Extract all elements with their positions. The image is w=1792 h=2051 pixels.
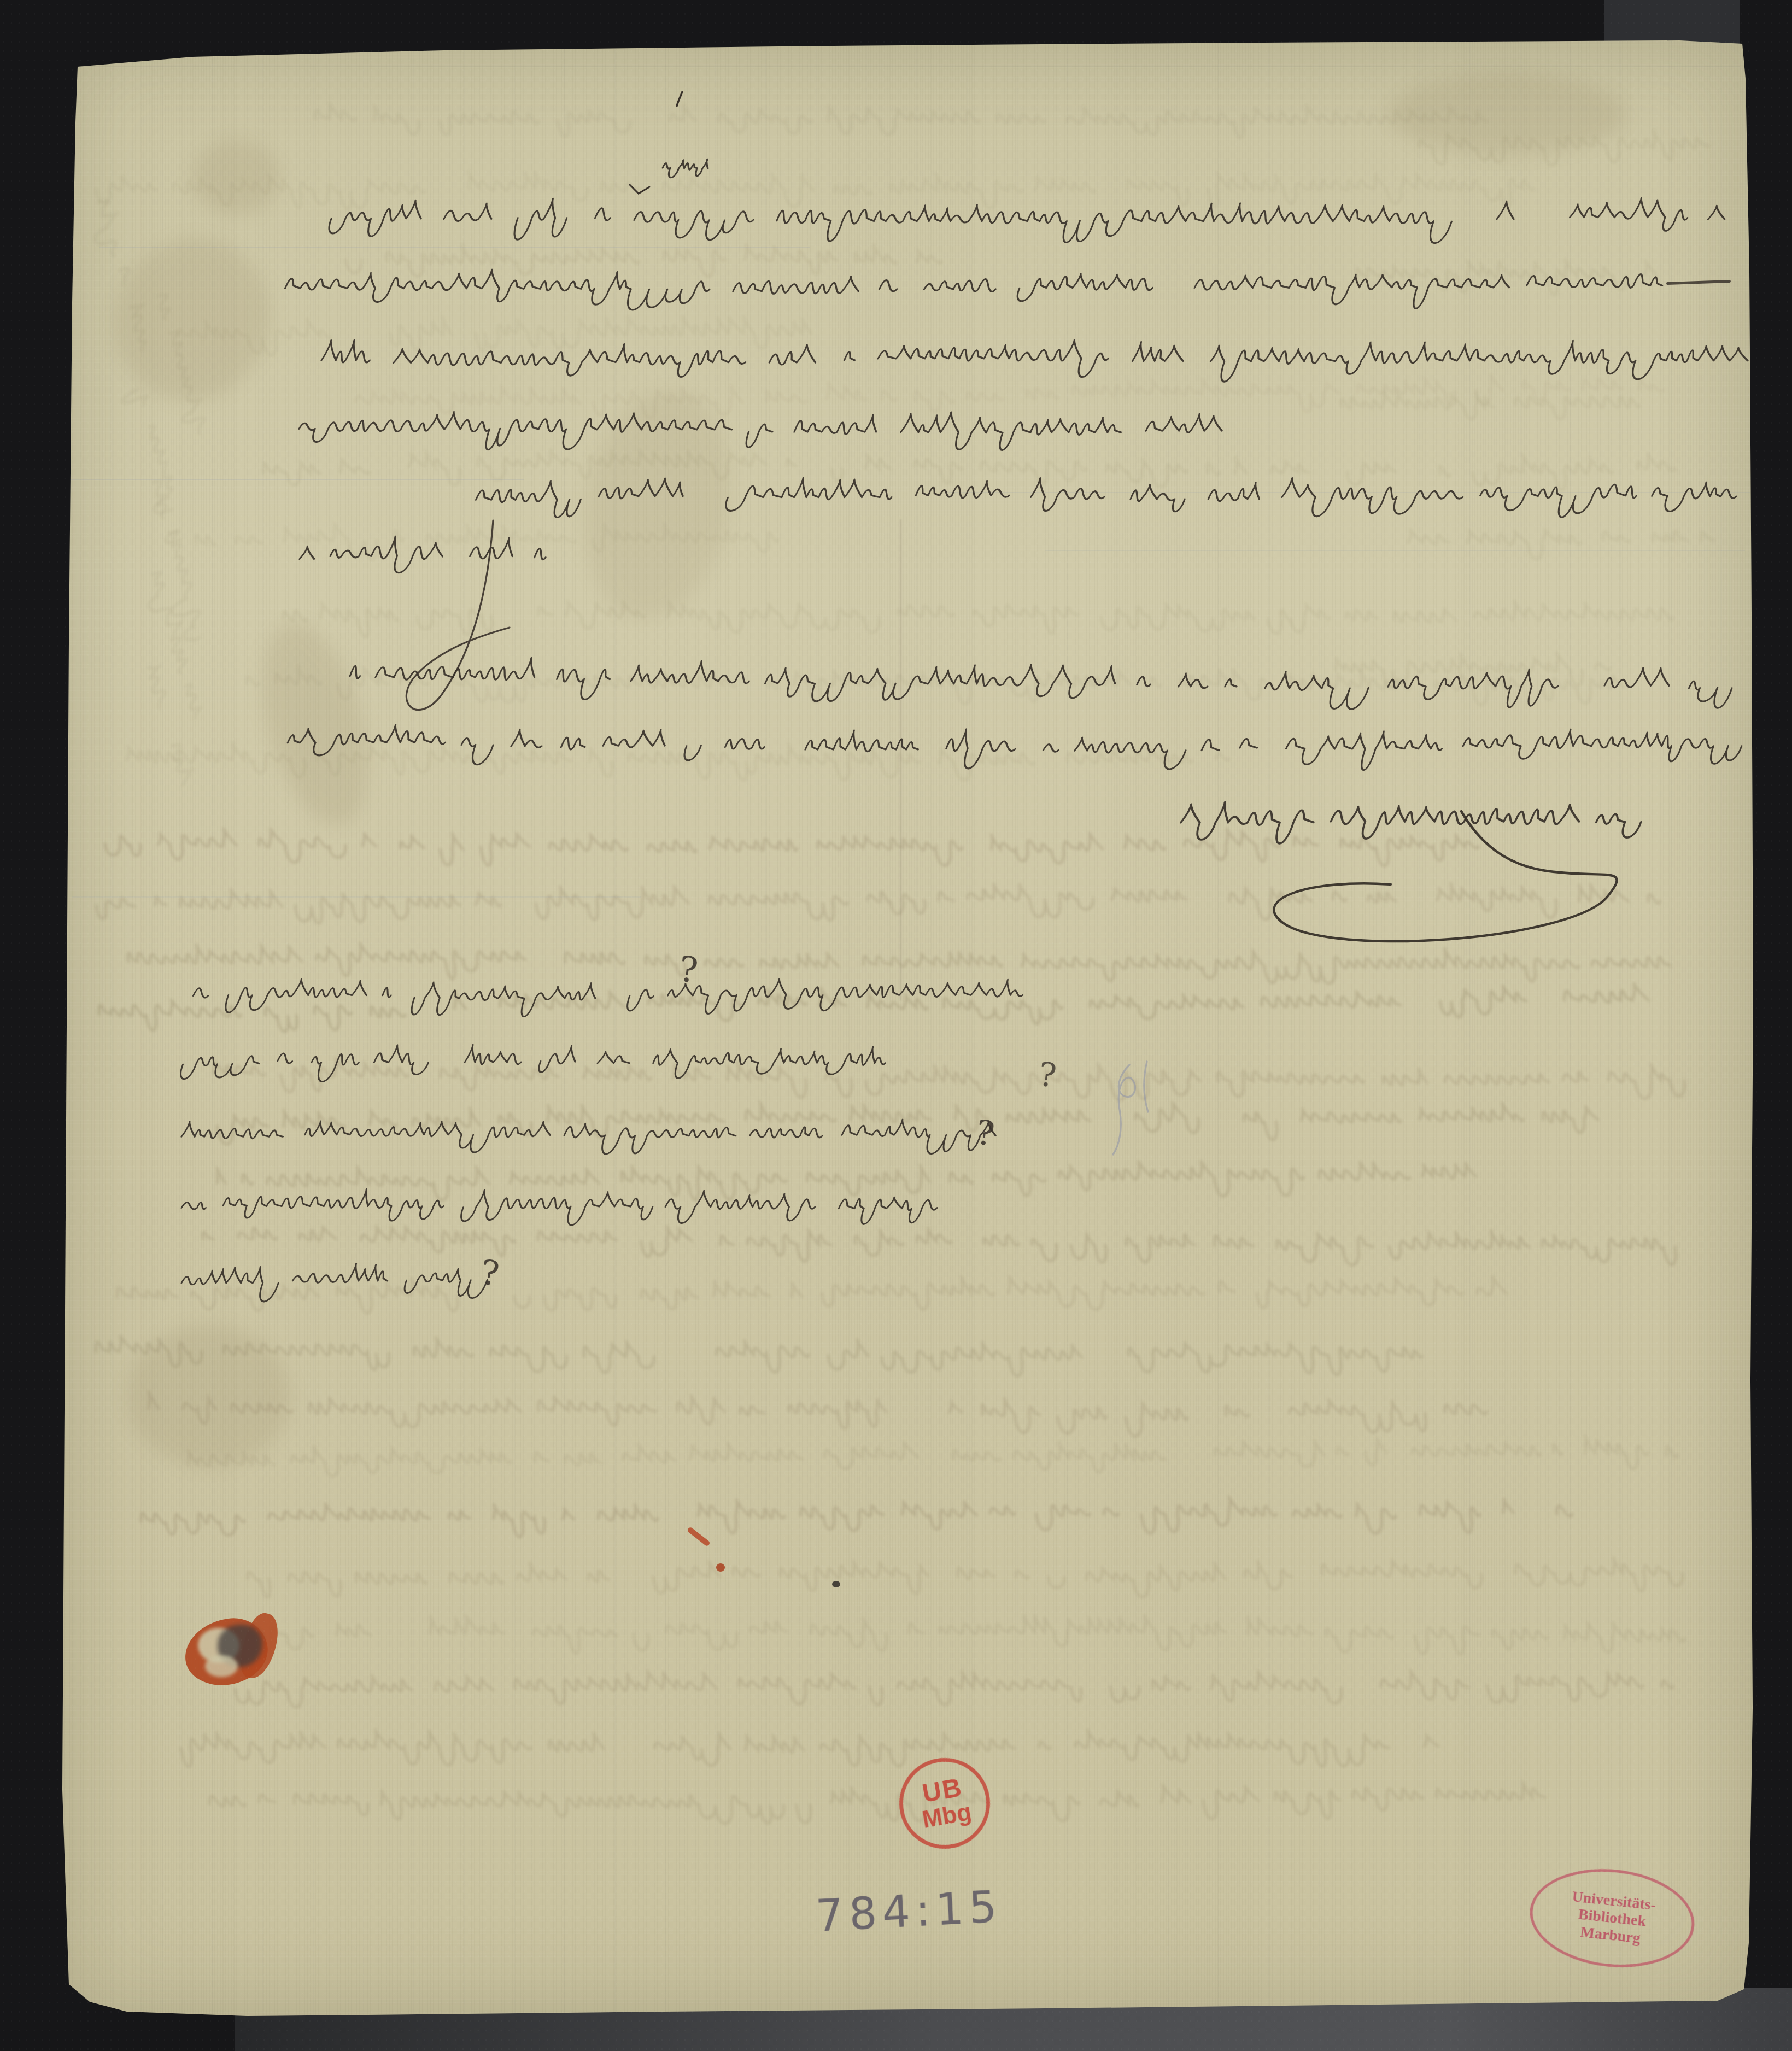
paper-smudge [567, 380, 747, 631]
paper-smudge [127, 1325, 291, 1467]
ink-bleedthrough [61, 40, 1755, 2016]
paper-crease-vertical [900, 519, 901, 1000]
paper-smudge [192, 139, 280, 215]
paper-crease-horizontal [72, 66, 1740, 67]
paper-smudge [1390, 73, 1625, 155]
ruled-line-impression [1045, 550, 1745, 551]
wax-seal-remnant [175, 1613, 282, 1695]
ruled-line-impression [72, 896, 641, 898]
paper-texture [61, 40, 1755, 2016]
ruled-line-impression [70, 479, 524, 480]
scan-backdrop: neuen Aufsätzen zu liefern. die Lücken d… [0, 0, 1792, 2051]
wax-gap [205, 1655, 238, 1677]
ink-speck [832, 1581, 840, 1587]
letter-page [61, 40, 1755, 2016]
wax-speck [716, 1563, 725, 1572]
paper-smudge [244, 611, 388, 836]
paper-smudge [89, 213, 297, 426]
ruled-line-impression [99, 247, 810, 248]
ruled-line-impression [947, 492, 1750, 493]
shelfmark-pencil: 784:15 [815, 1881, 1004, 1942]
